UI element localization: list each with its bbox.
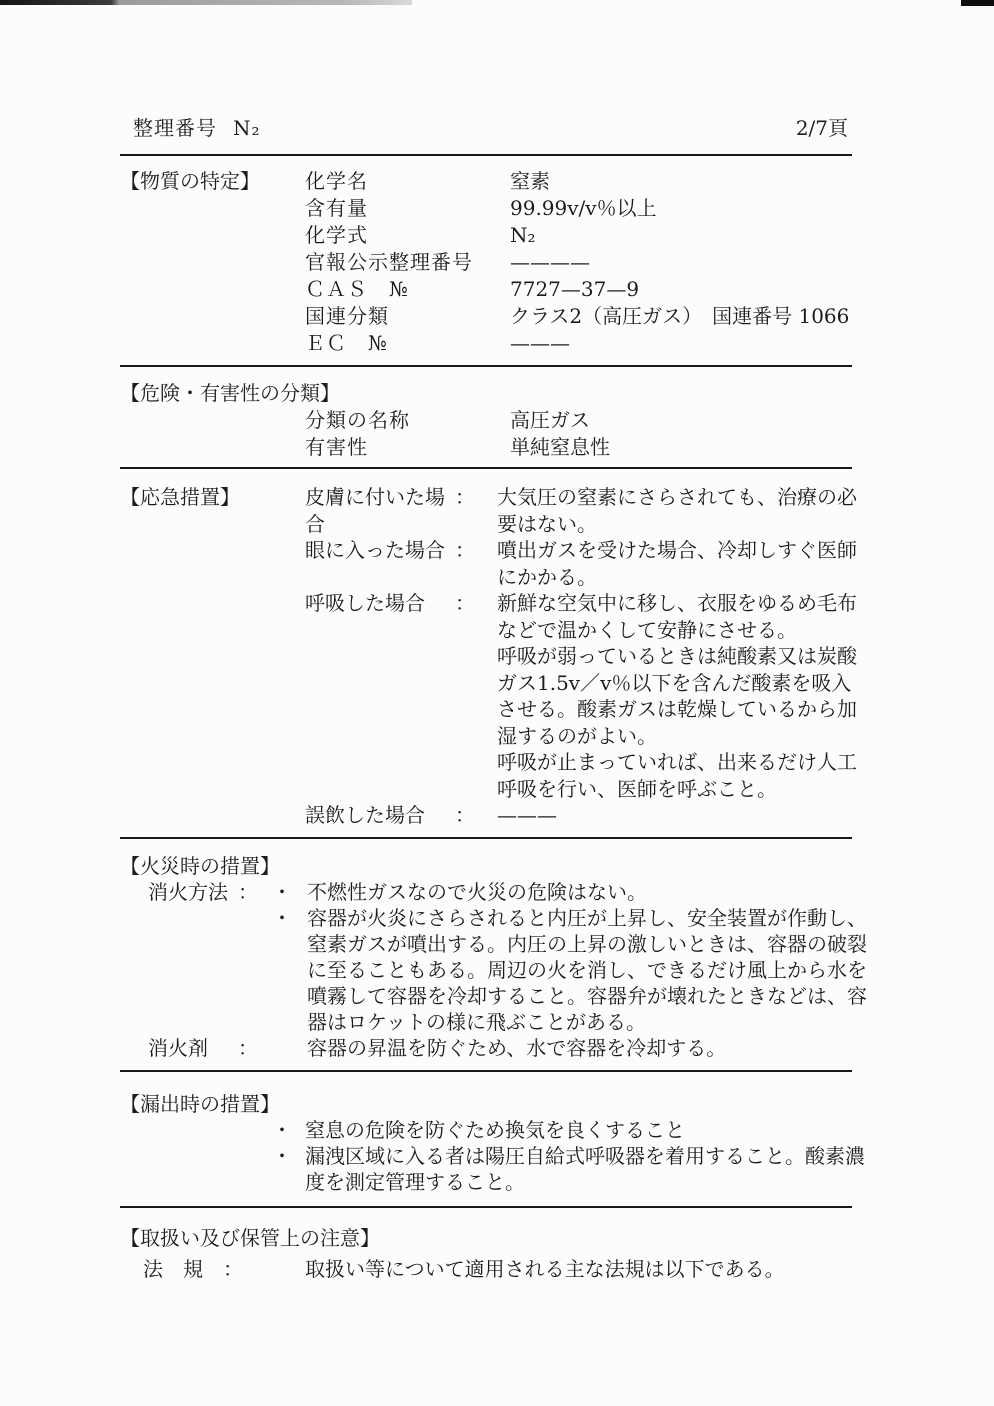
fire-method-row-1: 消火方法 ： ・ 不燃性ガスなので火災の危険はない。	[148, 879, 872, 905]
field-label: 官報公示整理番号	[305, 249, 510, 276]
bullet-icon: ・	[272, 879, 307, 905]
field-label: 化学式	[305, 222, 510, 249]
field-label: ＥＣ №	[305, 330, 510, 357]
fire-agent-text: 容器の昇温を防ぐため、水で容器を冷却する。	[307, 1035, 873, 1061]
section-fire-fighting-measures: 【火災時の措置】 消火方法 ： ・ 不燃性ガスなので火災の危険はない。 ・ 容器…	[120, 853, 872, 1061]
case-label: 皮膚に付いた場合	[305, 484, 455, 537]
fire-method-colon: ：	[238, 879, 258, 905]
field-value: ————	[510, 249, 872, 276]
section-title-substance: 【物質の特定】	[120, 168, 260, 195]
bullet-icon: ・	[272, 1117, 305, 1143]
case-label: 眼に入った場合	[305, 537, 455, 590]
case-text: 新鮮な空気中に移し、衣服をゆるめ毛布などで温かくして安静にさせる。 呼吸が弱って…	[497, 590, 869, 802]
field-label: ＣＡＳ №	[305, 276, 510, 303]
law-label: 法 規 ：	[143, 1256, 305, 1283]
law-row: 法 規 ： 取扱い等について適用される主な法規は以下である。	[143, 1256, 872, 1283]
first-aid-rows: 皮膚に付いた場合 ： 大気圧の窒素にさらされても、治療の必要はない。 眼に入った…	[305, 484, 872, 829]
spacer	[148, 905, 272, 1035]
first-aid-row-eye-contact: 眼に入った場合 ： 噴出ガスを受けた場合、冷却しすぐ医師にかかる。	[305, 537, 872, 590]
field-value: N₂	[510, 222, 872, 249]
field-label: 国連分類	[305, 303, 510, 330]
section-divider	[120, 365, 852, 367]
field-row-chemical-formula: 化学式 N₂	[305, 222, 872, 249]
field-row-classification-name: 分類の名称 高圧ガス	[305, 407, 872, 434]
fire-agent-label: 消火剤 ：	[148, 1035, 272, 1061]
field-row-harmfulness: 有害性 単純窒息性	[305, 434, 872, 461]
field-row-content-amount: 含有量 99.99v/v％以上	[305, 195, 872, 222]
leak-bullet-row-2: ・ 漏洩区域に入る者は陽圧自給式呼吸器を着用すること。酸素濃度を測定管理すること…	[272, 1143, 872, 1195]
section-title-first-aid: 【応急措置】	[120, 484, 240, 511]
section-divider	[120, 154, 852, 156]
fire-agent-label-text: 消火剤	[148, 1035, 208, 1061]
bullet-icon: ・	[272, 905, 307, 1035]
fire-method-text: 不燃性ガスなので火災の危険はない。	[307, 879, 873, 905]
case-text: 噴出ガスを受けた場合、冷却しすぐ医師にかかる。	[497, 537, 869, 590]
fire-agent-colon: ：	[238, 1035, 258, 1061]
reference-value: N₂	[233, 116, 261, 140]
scan-artifact-top-right	[961, 0, 994, 6]
case-text: 大気圧の窒素にさらされても、治療の必要はない。	[497, 484, 869, 537]
field-value: 7727—37—9	[510, 276, 872, 303]
law-text: 取扱い等について適用される主な法規は以下である。	[305, 1256, 871, 1283]
field-value: 99.99v/v％以上	[510, 195, 872, 222]
case-colon: ：	[455, 802, 497, 829]
field-value: 窒素	[510, 168, 872, 195]
section-substance-identification: 【物質の特定】 化学名 窒素 含有量 99.99v/v％以上 化学式 N₂ 官報…	[120, 168, 872, 357]
section-handling-storage: 【取扱い及び保管上の注意】 法 規 ： 取扱い等について適用される主な法規は以下…	[120, 1225, 872, 1283]
field-value: 高圧ガス	[510, 407, 872, 434]
reference-label: 整理番号	[133, 116, 217, 140]
field-value: クラス2（高圧ガス） 国連番号 1066	[510, 303, 872, 330]
section-title-handling: 【取扱い及び保管上の注意】	[120, 1225, 872, 1252]
field-row-cas-number: ＣＡＳ № 7727—37—9	[305, 276, 872, 303]
field-value: 単純窒息性	[510, 434, 872, 461]
section-divider	[120, 1070, 852, 1072]
section-title-leak: 【漏出時の措置】	[120, 1091, 872, 1117]
section-hazard-classification: 【危険・有害性の分類】 分類の名称 高圧ガス 有害性 単純窒息性	[120, 380, 872, 461]
fire-method-label: 消火方法 ：	[148, 879, 272, 905]
fire-method-text: 容器が火炎にさらされると内圧が上昇し、安全装置が作動し、窒素ガスが噴出する。内圧…	[307, 905, 873, 1035]
fire-method-label-text: 消火方法	[148, 879, 228, 905]
field-row-un-classification: 国連分類 クラス2（高圧ガス） 国連番号 1066	[305, 303, 872, 330]
case-colon: ：	[455, 590, 497, 802]
section-divider	[120, 1206, 852, 1208]
bullet-icon: ・	[272, 1143, 305, 1195]
first-aid-row-ingestion: 誤飲した場合 ： ———	[305, 802, 872, 829]
fire-agent-row: 消火剤 ： 容器の昇温を防ぐため、水で容器を冷却する。	[148, 1035, 872, 1061]
field-label: 含有量	[305, 195, 510, 222]
field-row-chemical-name: 化学名 窒素	[305, 168, 872, 195]
fire-method-row-2: ・ 容器が火炎にさらされると内圧が上昇し、安全装置が作動し、窒素ガスが噴出する。…	[148, 905, 872, 1035]
field-label: 化学名	[305, 168, 510, 195]
section-divider	[120, 837, 852, 839]
page-header: 整理番号N₂ 2/7頁	[120, 0, 872, 141]
field-label: 有害性	[305, 434, 510, 461]
page-content: 整理番号N₂ 2/7頁 【物質の特定】 化学名 窒素 含有量 99.99v/v％…	[120, 0, 872, 1283]
section-divider	[120, 467, 852, 469]
substance-fields: 化学名 窒素 含有量 99.99v/v％以上 化学式 N₂ 官報公示整理番号 —…	[305, 168, 872, 357]
section-first-aid-measures: 【応急措置】 皮膚に付いた場合 ： 大気圧の窒素にさらされても、治療の必要はない…	[120, 484, 872, 829]
case-colon: ：	[455, 537, 497, 590]
leak-text: 窒息の危険を防ぐため換気を良くすること	[305, 1117, 871, 1143]
section-title-fire: 【火災時の措置】	[120, 853, 872, 879]
case-label: 誤飲した場合	[305, 802, 455, 829]
field-row-ec-number: ＥＣ № ———	[305, 330, 872, 357]
leak-text: 漏洩区域に入る者は陽圧自給式呼吸器を着用すること。酸素濃度を測定管理すること。	[305, 1143, 871, 1195]
case-text: ———	[497, 802, 869, 829]
field-label: 分類の名称	[305, 407, 510, 434]
leak-bullet-row-1: ・ 窒息の危険を防ぐため換気を良くすること	[272, 1117, 872, 1143]
section-title-hazard: 【危険・有害性の分類】	[120, 380, 872, 407]
sds-document-page: 整理番号N₂ 2/7頁 【物質の特定】 化学名 窒素 含有量 99.99v/v％…	[0, 0, 994, 1406]
reference-number: 整理番号N₂	[120, 112, 261, 141]
section-leak-measures: 【漏出時の措置】 ・ 窒息の危険を防ぐため換気を良くすること ・ 漏洩区域に入る…	[120, 1091, 872, 1195]
field-value: ———	[510, 330, 872, 357]
case-colon: ：	[455, 484, 497, 537]
hazard-fields: 分類の名称 高圧ガス 有害性 単純窒息性	[305, 407, 872, 461]
field-row-gazette-number: 官報公示整理番号 ————	[305, 249, 872, 276]
spacer	[272, 1035, 307, 1061]
page-number: 2/7頁	[796, 112, 872, 141]
first-aid-row-inhalation: 呼吸した場合 ： 新鮮な空気中に移し、衣服をゆるめ毛布などで温かくして安静にさせ…	[305, 590, 872, 802]
first-aid-row-skin-contact: 皮膚に付いた場合 ： 大気圧の窒素にさらされても、治療の必要はない。	[305, 484, 872, 537]
case-label: 呼吸した場合	[305, 590, 455, 802]
